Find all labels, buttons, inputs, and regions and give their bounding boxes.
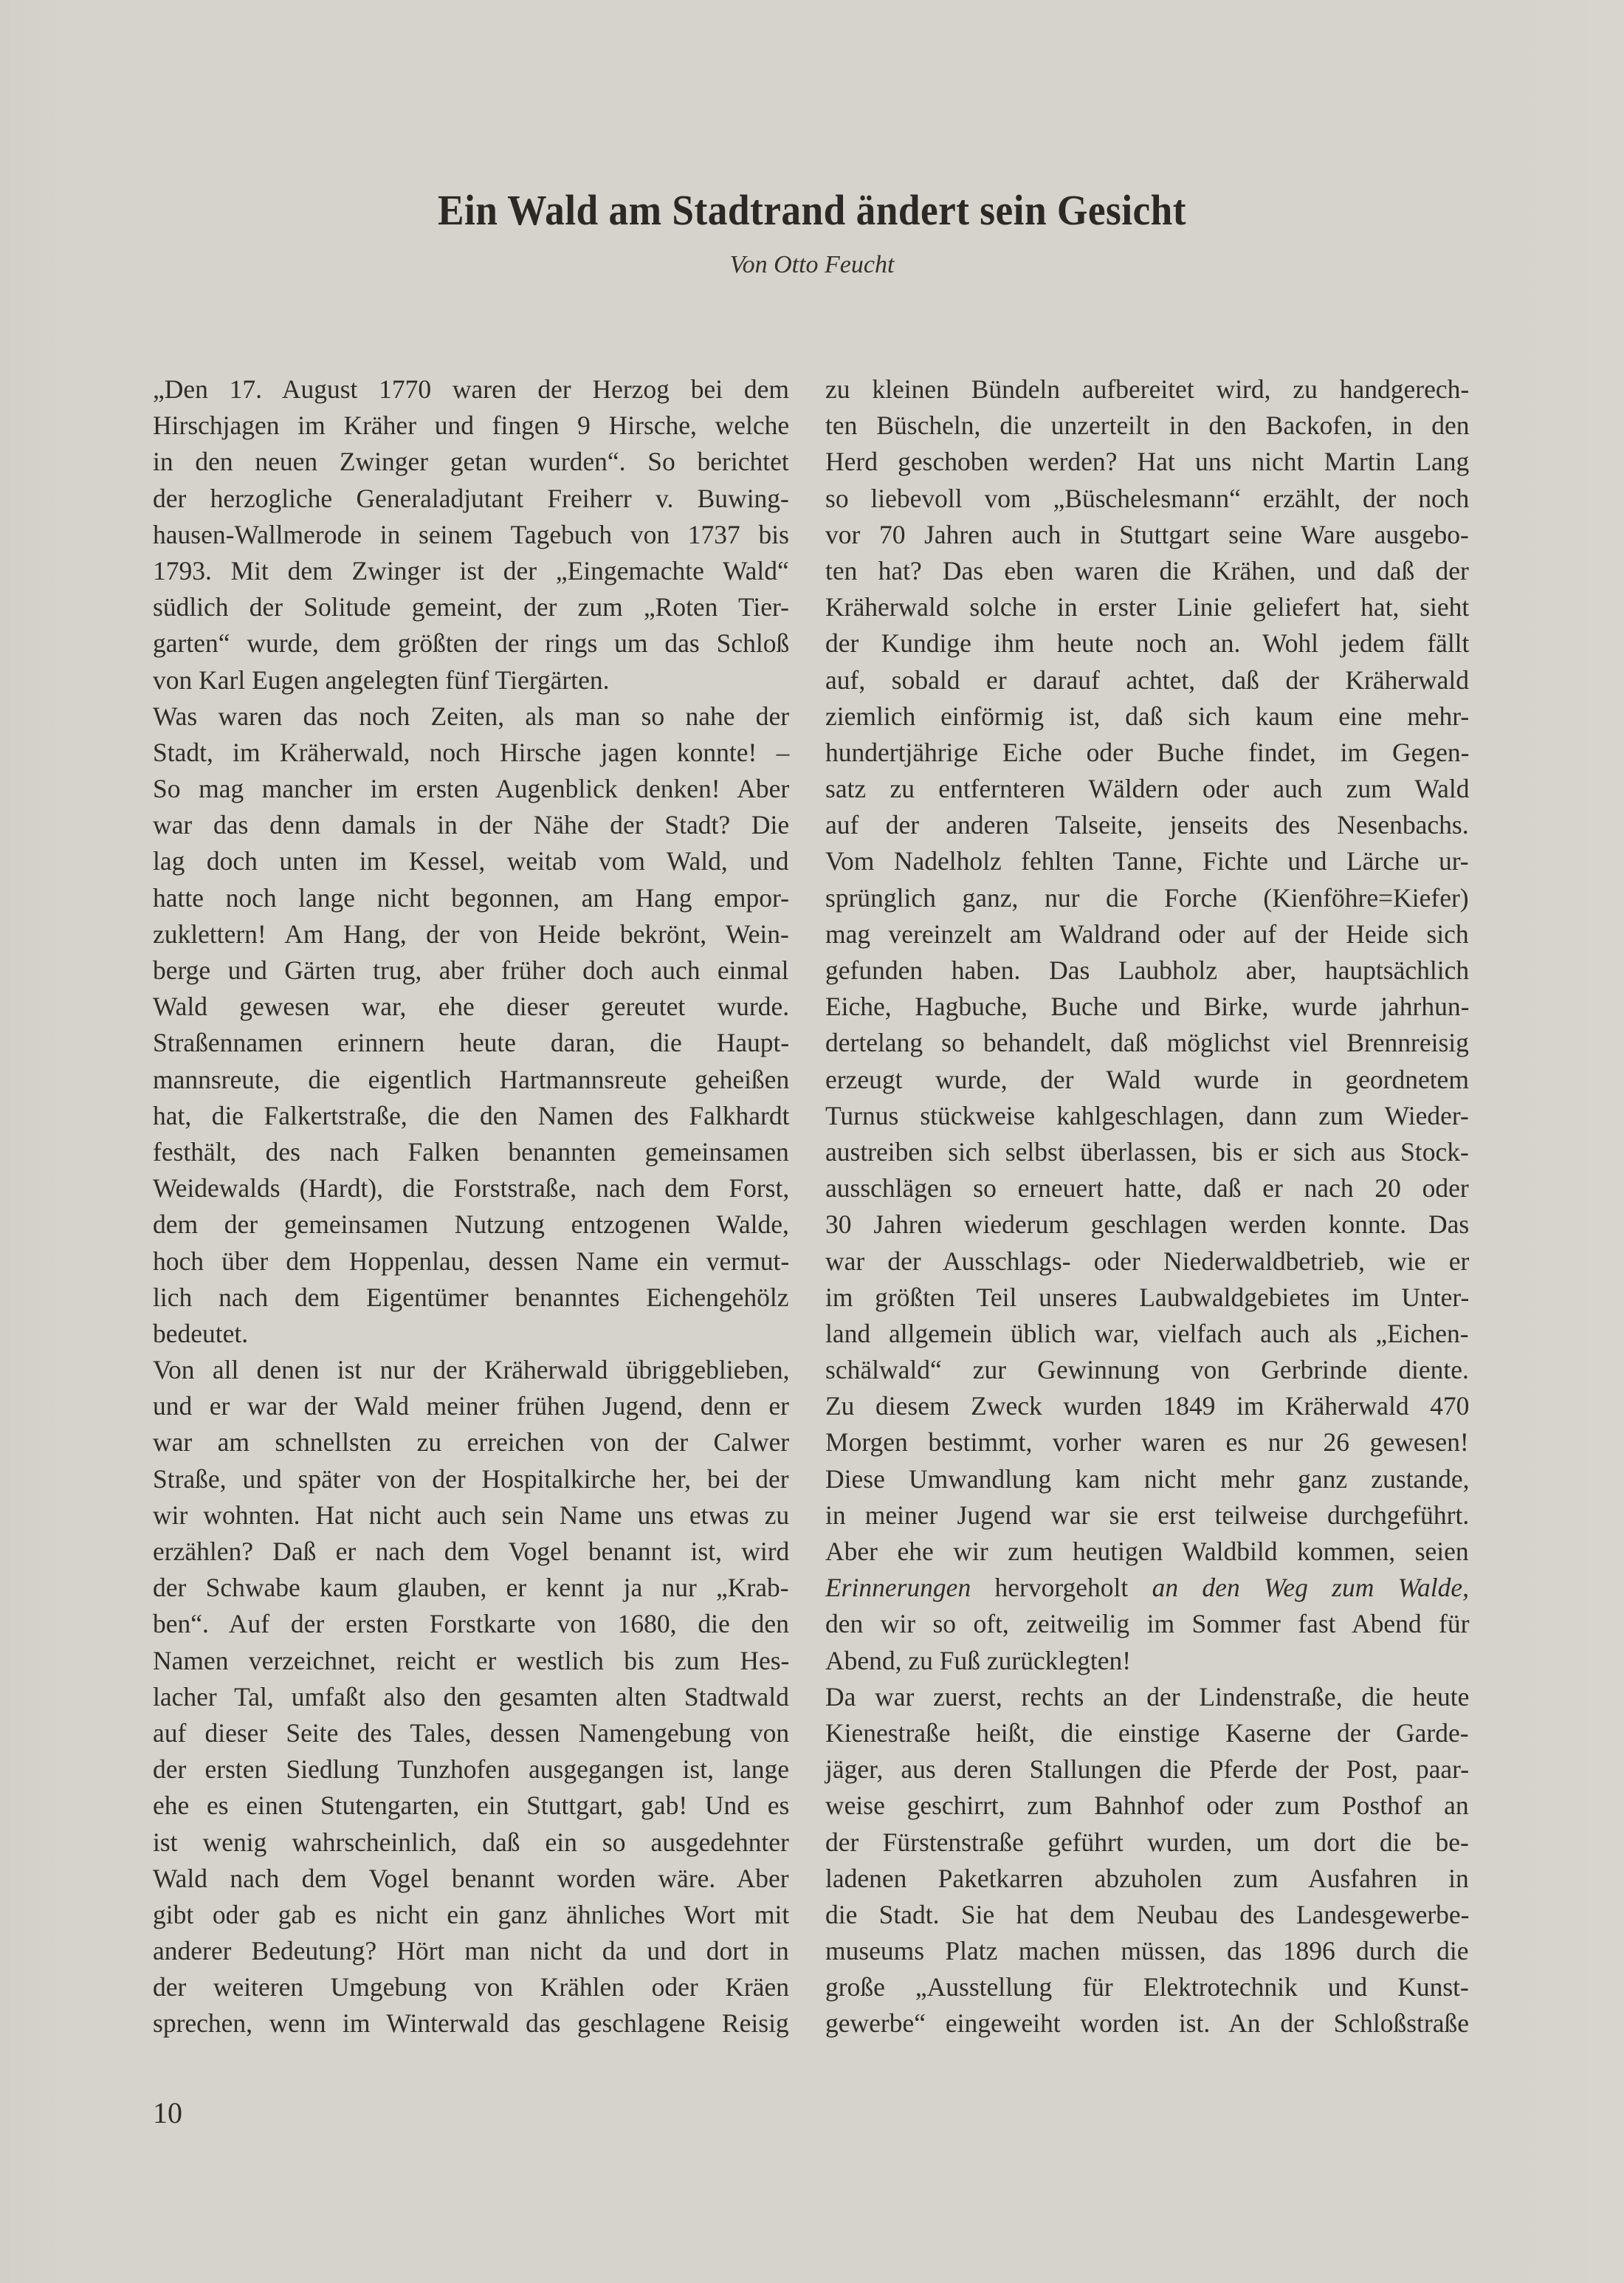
text-line: der herzogliche Generaladjutant Freiherr… <box>153 481 789 517</box>
text-line: schälwald“ zur Gewinnung von Gerbrinde d… <box>825 1352 1469 1388</box>
text-line: der weiteren Umgebung von Krählen oder K… <box>153 1969 789 2005</box>
text-line: weise geschirrt, zum Bahnhof oder zum Po… <box>825 1788 1469 1824</box>
text-line: war der Ausschlags- oder Niederwaldbetri… <box>825 1243 1469 1280</box>
text-line: jäger, aus deren Stallungen die Pferde d… <box>825 1751 1469 1788</box>
text-line: den wir so oft, zeitweilig im Sommer fas… <box>825 1606 1469 1642</box>
page-number: 10 <box>153 2095 182 2130</box>
text-line: austreiben sich selbst überlassen, bis e… <box>825 1134 1469 1170</box>
text-line: Turnus stückweise kahlgeschlagen, dann z… <box>825 1098 1469 1134</box>
magazine-page: Ein Wald am Stadtrand ändert sein Gesich… <box>0 0 1624 2283</box>
text-line: Aber ehe wir zum heutigen Waldbild komme… <box>825 1534 1469 1570</box>
text-line: Zu diesem Zweck wurden 1849 im Kräherwal… <box>825 1388 1469 1424</box>
text-line: in den neuen Zwinger getan wurden“. So b… <box>153 444 789 480</box>
text-line: dem der gemeinsamen Nutzung entzogenen W… <box>153 1206 789 1243</box>
text-line: zu kleinen Bündeln aufbereitet wird, zu … <box>825 371 1469 408</box>
text-line: berge und Gärten trug, aber früher doch … <box>153 952 789 989</box>
article-byline: Von Otto Feucht <box>0 251 1624 279</box>
text-line: festhält, des nach Falken benannten geme… <box>153 1134 789 1170</box>
text-line: lich nach dem Eigentümer benanntes Eiche… <box>153 1280 789 1316</box>
text-line: gibt oder gab es nicht ein ganz ähnliche… <box>153 1897 789 1933</box>
text-line: hoch über dem Hoppenlau, dessen Name ein… <box>153 1243 789 1280</box>
text-line: zuklettern! Am Hang, der von Heide bekrö… <box>153 916 789 952</box>
text-line: lacher Tal, umfaßt also den gesamten alt… <box>153 1679 789 1715</box>
text-line: der Kundige ihm heute noch an. Wohl jede… <box>825 625 1469 662</box>
text-line: erzeugt wurde, der Wald wurde in geordne… <box>825 1062 1469 1098</box>
text-line: ist wenig wahrscheinlich, daß ein so aus… <box>153 1824 789 1861</box>
text-line: der Schwabe kaum glauben, er kennt ja nu… <box>153 1570 789 1606</box>
text-column-left: „Den 17. August 1770 waren der Herzog be… <box>153 371 789 2042</box>
text-line: ben“. Auf der ersten Forstkarte von 1680… <box>153 1606 789 1642</box>
text-line: von Karl Eugen angelegten fünf Tiergärte… <box>153 662 789 698</box>
text-line: im größten Teil unseres Laubwaldgebietes… <box>825 1280 1469 1316</box>
text-line: ziemlich einförmig ist, daß sich kaum ei… <box>825 698 1469 735</box>
text-line: wir wohnten. Hat nicht auch sein Name un… <box>153 1497 789 1534</box>
text-line: ausschlägen so erneuert hatte, daß er na… <box>825 1170 1469 1206</box>
text-line: satz zu entfernteren Wäldern oder auch z… <box>825 771 1469 807</box>
text-line: garten“ wurde, dem größten der rings um … <box>153 625 789 662</box>
text-line: Namen verzeichnet, reicht er westlich bi… <box>153 1643 789 1679</box>
text-line: sprünglich ganz, nur die Forche (Kienföh… <box>825 880 1469 916</box>
article-title: Ein Wald am Stadtrand ändert sein Gesich… <box>65 185 1559 235</box>
text-line: 30 Jahren wiederum geschlagen werden kon… <box>825 1206 1469 1243</box>
text-line: mag vereinzelt am Waldrand oder auf der … <box>825 916 1469 952</box>
text-line: 1793. Mit dem Zwinger ist der „Eingemach… <box>153 553 789 589</box>
text-line: Straßennamen erinnern heute daran, die H… <box>153 1025 789 1061</box>
text-line: hausen-Wallmerode in seinem Tagebuch von… <box>153 517 789 553</box>
text-line: vor 70 Jahren auch in Stuttgart seine Wa… <box>825 517 1469 553</box>
text-line: hatte noch lange nicht begonnen, am Hang… <box>153 880 789 916</box>
text-line: Von all denen ist nur der Kräherwald übr… <box>153 1352 789 1388</box>
text-line: sprechen, wenn im Winterwald das geschla… <box>153 2005 789 2042</box>
text-line: hundertjährige Eiche oder Buche findet, … <box>825 735 1469 771</box>
text-line: Kienestraße heißt, die einstige Kaserne … <box>825 1715 1469 1751</box>
text-line: große „Ausstellung für Elektrotechnik un… <box>825 1969 1469 2005</box>
text-line: Morgen bestimmt, vorher waren es nur 26 … <box>825 1424 1469 1460</box>
text-line: Eiche, Hagbuche, Buche und Birke, wurde … <box>825 989 1469 1025</box>
text-line: Kräherwald solche in erster Linie gelief… <box>825 589 1469 625</box>
text-line: ehe es einen Stutengarten, ein Stuttgart… <box>153 1788 789 1824</box>
text-line: Was waren das noch Zeiten, als man so na… <box>153 698 789 735</box>
text-line: ten Büscheln, die unzerteilt in den Back… <box>825 408 1469 444</box>
text-line: war am schnellsten zu erreichen von der … <box>153 1424 789 1460</box>
text-line: dertelang so behandelt, daß möglichst vi… <box>825 1025 1469 1061</box>
text-line: museums Platz machen müssen, das 1896 du… <box>825 1933 1469 1969</box>
text-line: ladenen Paketkarren abzuholen zum Ausfah… <box>825 1861 1469 1897</box>
text-line: auf, sobald er darauf achtet, daß der Kr… <box>825 662 1469 698</box>
text-line: Stadt, im Kräherwald, noch Hirsche jagen… <box>153 735 789 771</box>
text-line: der ersten Siedlung Tunzhofen ausgegange… <box>153 1751 789 1788</box>
text-line: lag doch unten im Kessel, weitab vom Wal… <box>153 843 789 879</box>
text-line: „Den 17. August 1770 waren der Herzog be… <box>153 371 789 408</box>
text-line: auf dieser Seite des Tales, dessen Namen… <box>153 1715 789 1751</box>
text-line: die Stadt. Sie hat dem Neubau des Landes… <box>825 1897 1469 1933</box>
text-line: gewerbe“ eingeweiht worden ist. An der S… <box>825 2005 1469 2042</box>
text-line: ten hat? Das eben waren die Krähen, und … <box>825 553 1469 589</box>
text-line: südlich der Solitude gemeint, der zum „R… <box>153 589 789 625</box>
text-line: Wald gewesen war, ehe dieser gereutet wu… <box>153 989 789 1025</box>
text-line: Straße, und später von der Hospitalkirch… <box>153 1461 789 1497</box>
text-line: Erinnerungen hervorgeholt an den Weg zum… <box>825 1570 1469 1606</box>
text-line: in meiner Jugend war sie erst teilweise … <box>825 1497 1469 1534</box>
text-line: So mag mancher im ersten Augenblick denk… <box>153 771 789 807</box>
text-line: und er war der Wald meiner frühen Jugend… <box>153 1388 789 1424</box>
text-line: erzählen? Daß er nach dem Vogel benannt … <box>153 1534 789 1570</box>
text-line: Vom Nadelholz fehlten Tanne, Fichte und … <box>825 843 1469 879</box>
italic-phrase: an den Weg zum Walde, <box>1152 1573 1469 1602</box>
text-line: Abend, zu Fuß zurücklegten! <box>825 1643 1469 1679</box>
text-line: Herd geschoben werden? Hat uns nicht Mar… <box>825 444 1469 480</box>
text-line: auf der anderen Talseite, jenseits des N… <box>825 807 1469 843</box>
text-line: Diese Umwandlung kam nicht mehr ganz zus… <box>825 1461 1469 1497</box>
text-segment: hervorgeholt <box>971 1573 1152 1602</box>
text-line: so liebevoll vom „Büschelesmann“ erzählt… <box>825 481 1469 517</box>
text-line: land allgemein üblich war, vielfach auch… <box>825 1316 1469 1352</box>
text-line: Weidewalds (Hardt), die Forststraße, nac… <box>153 1170 789 1206</box>
italic-phrase: Erinnerungen <box>825 1573 971 1602</box>
text-line: gefunden haben. Das Laubholz aber, haupt… <box>825 952 1469 989</box>
text-column-right: zu kleinen Bündeln aufbereitet wird, zu … <box>825 371 1469 2042</box>
text-line: Hirschjagen im Kräher und fingen 9 Hirsc… <box>153 408 789 444</box>
text-line: mannsreute, die eigentlich Hartmannsreut… <box>153 1062 789 1098</box>
text-line: Wald nach dem Vogel benannt worden wäre.… <box>153 1861 789 1897</box>
text-line: hat, die Falkertstraße, die den Namen de… <box>153 1098 789 1134</box>
text-line: anderer Bedeutung? Hört man nicht da und… <box>153 1933 789 1969</box>
text-line: der Fürstenstraße geführt wurden, um dor… <box>825 1824 1469 1861</box>
text-line: bedeutet. <box>153 1316 789 1352</box>
text-line: war das denn damals in der Nähe der Stad… <box>153 807 789 843</box>
text-line: Da war zuerst, rechts an der Lindenstraß… <box>825 1679 1469 1715</box>
